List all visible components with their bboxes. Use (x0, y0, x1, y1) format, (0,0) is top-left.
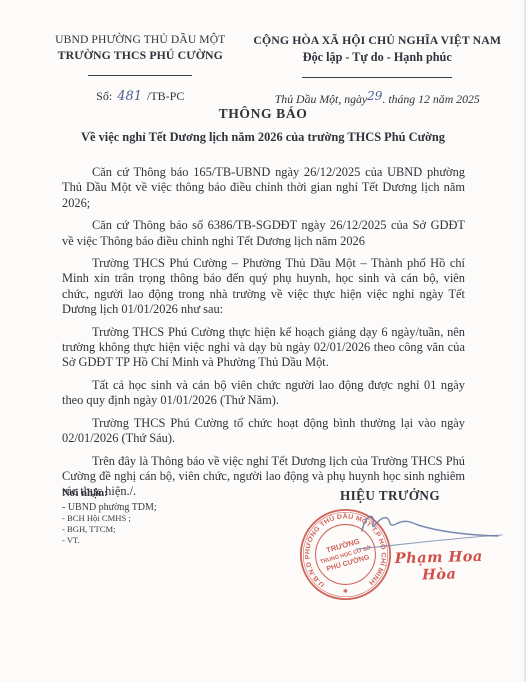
body-paragraph-5: Tất cả học sinh và cán bộ viên chức ngườ… (62, 378, 465, 409)
place-date-post: . tháng 12 năm 2025 (382, 92, 479, 106)
signer-name: Phạm Hoa Hòa (383, 548, 496, 585)
body-paragraph-1: Căn cứ Thông báo 165/TB-UBND ngày 26/12/… (62, 165, 465, 211)
org-underline (88, 75, 192, 76)
issuing-org-block: UBND PHƯỜNG THỦ DẦU MỘT TRƯỜNG THCS PHÚ … (36, 33, 245, 107)
signer-title: HIỆU TRƯỞNG (300, 488, 480, 504)
doc-number-label: Số: (96, 89, 112, 103)
recipient-item-1: - UBND phường TDM; (62, 502, 232, 513)
school-name: TRƯỜNG THCS PHÚ CƯỜNG (36, 48, 245, 63)
doc-number-suffix: /TB-PC (147, 89, 184, 103)
motto-underline (302, 77, 452, 78)
national-header-block: CỘNG HÒA XÃ HỘI CHỦ NGHĨA VIỆT NAM Độc l… (245, 33, 510, 107)
national-motto: Độc lập - Tự do - Hạnh phúc (245, 50, 510, 65)
document-body: Căn cứ Thông báo 165/TB-UBND ngày 26/12/… (62, 165, 465, 507)
doc-subtitle: Về việc nghỉ Tết Dương lịch năm 2026 của… (0, 130, 526, 145)
body-paragraph-6: Trường THCS Phú Cường tổ chức hoạt động … (62, 416, 465, 447)
place-date-pre: Thủ Dầu Một, ngày (275, 92, 367, 106)
parent-org-name: UBND PHƯỜNG THỦ DẦU MỘT (36, 33, 245, 46)
recipients-list: - UBND phường TDM; - BCH Hội CMHS ; - BG… (62, 502, 232, 546)
title-block: THÔNG BÁO Về việc nghỉ Tết Dương lịch nă… (0, 106, 526, 145)
doc-number-line: Số: 481 /TB-PC (36, 89, 245, 104)
place-date-line: Thủ Dầu Một, ngày29. tháng 12 năm 2025 (245, 92, 510, 107)
national-title: CỘNG HÒA XÃ HỘI CHỦ NGHĨA VIỆT NAM (245, 33, 510, 48)
body-paragraph-2: Căn cứ Thông báo số 6386/TB-SGDĐT ngày 2… (62, 218, 465, 249)
signature-flourish (356, 535, 502, 549)
body-paragraph-3: Trường THCS Phú Cường – Phường Thủ Dầu M… (62, 256, 465, 318)
document-page: UBND PHƯỜNG THỦ DẦU MỘT TRƯỜNG THCS PHÚ … (0, 0, 526, 682)
recipients-block: Nơi nhận: - UBND phường TDM; - BCH Hội C… (62, 488, 232, 546)
doc-title: THÔNG BÁO (0, 106, 526, 122)
document-header: UBND PHƯỜNG THỦ DẦU MỘT TRƯỜNG THCS PHÚ … (36, 33, 510, 107)
signature-scribble (362, 516, 498, 536)
recipient-item-4: - VT. (62, 535, 232, 546)
body-paragraph-4: Trường THCS Phú Cường thực hiện kế hoạch… (62, 325, 465, 371)
recipient-item-2: - BCH Hội CMHS ; (62, 513, 232, 524)
stamp-star-icon: ✱ (343, 588, 348, 595)
recipient-item-3: - BGH, TTCM; (62, 524, 232, 535)
doc-number-handwritten: 481 (115, 89, 144, 104)
recipients-label: Nơi nhận: (62, 488, 232, 499)
date-day-handwritten: 29 (367, 89, 382, 103)
signer-block: HIỆU TRƯỞNG (300, 488, 480, 504)
